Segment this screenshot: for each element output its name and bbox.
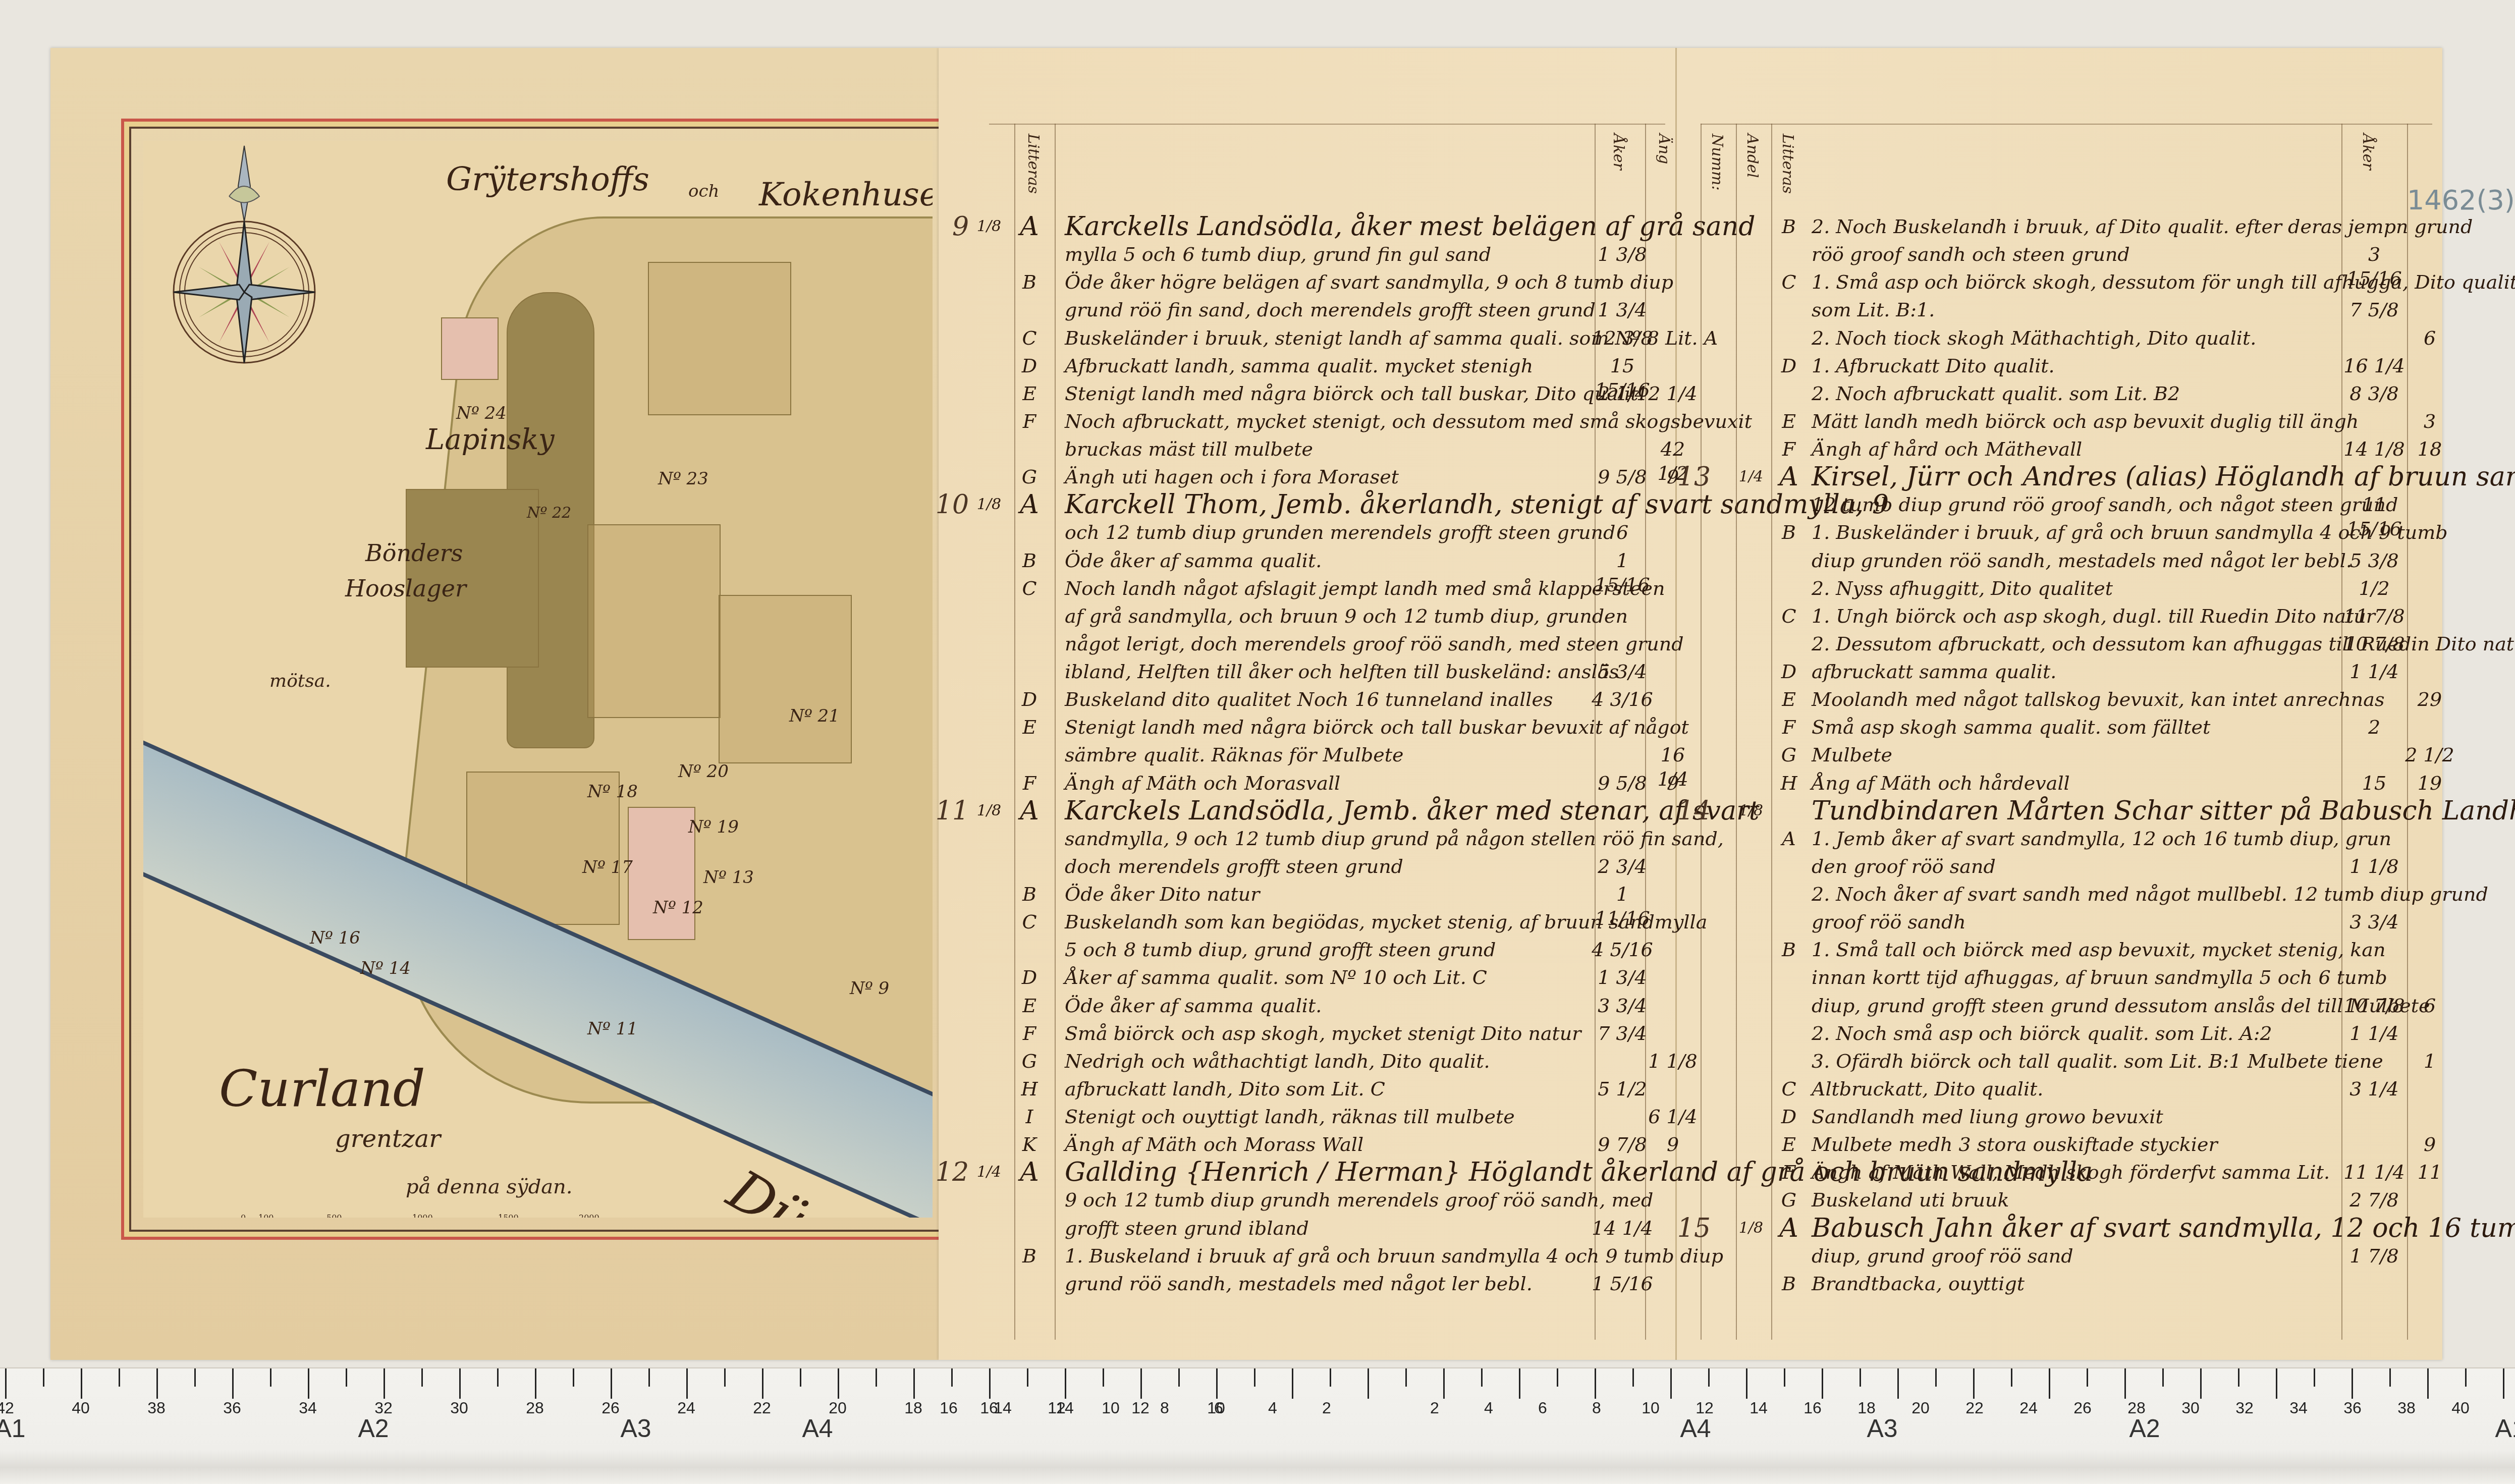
ruler-number: 8	[1160, 1399, 1169, 1417]
description: Noch landh något afslagit jempt landh me…	[1065, 576, 1665, 600]
field-2	[719, 595, 852, 763]
ruler-number: 8	[1592, 1399, 1601, 1417]
description: Brandtbacka, ouyttigt	[1812, 1272, 2025, 1296]
map-area: Grÿtershoffs och Kokenhusens Lapinsky Bö…	[143, 141, 933, 1218]
acre-value: 2 3/4	[1590, 854, 1655, 878]
acre-value: 5 3/8	[2341, 548, 2407, 573]
label-och: och	[688, 181, 719, 201]
description: röö groof sandh och steen grund	[1812, 242, 2130, 266]
ruler-number: 16	[1803, 1399, 1822, 1417]
ruler-number: 34	[2289, 1399, 2308, 1417]
description: Öde åker af samma qualit.	[1065, 548, 1322, 573]
ruler-tick	[1254, 1368, 1255, 1387]
litteras: E	[1014, 715, 1045, 739]
litteras: E	[1774, 1132, 1804, 1157]
acre-value: 10 7/8	[2341, 994, 2407, 1018]
ruler-number: 40	[72, 1399, 90, 1417]
scale-tick: 1500.	[498, 1213, 521, 1218]
ruler-tick	[1519, 1368, 1520, 1399]
ruler-tick	[1746, 1368, 1747, 1399]
litteras: K	[1014, 1132, 1045, 1157]
label-mosta: mötsa.	[269, 671, 331, 691]
description: Åker af samma qualit. som Nº 10 och Lit.…	[1065, 965, 1487, 990]
ruler-tick	[1065, 1368, 1066, 1399]
litteras: F	[1014, 771, 1045, 795]
litteras: D	[1774, 1105, 1804, 1129]
description: något lerigt, doch merendels groof röö s…	[1065, 632, 1684, 656]
acre-value: 4 5/16	[1590, 938, 1655, 962]
litteras: D	[1774, 659, 1804, 684]
acre-value: 1 1/4	[2341, 1021, 2407, 1046]
litteras: C	[1014, 326, 1045, 350]
label-grytershoff: Grÿtershoffs	[446, 161, 649, 198]
ruler-tick	[1405, 1368, 1407, 1387]
description: Ängh af Mäth och Morass Wall	[1065, 1132, 1363, 1157]
map-frame: Grÿtershoffs och Kokenhusens Lapinsky Bö…	[121, 119, 955, 1240]
litteras: G	[1774, 1188, 1804, 1212]
litteras: F	[1774, 715, 1804, 739]
ruler-tick	[648, 1368, 650, 1387]
plot-number: Nº 18	[587, 782, 638, 802]
label-curland: Curland	[219, 1059, 425, 1118]
litteras: B	[1774, 520, 1804, 544]
ruler-number: 10	[1642, 1399, 1660, 1417]
litteras: G	[1014, 465, 1045, 489]
acre-value: 11 7/8	[2341, 604, 2407, 628]
ruler-tick	[611, 1368, 612, 1399]
ruler-tick	[156, 1368, 158, 1399]
ruler-tick	[1784, 1368, 1785, 1387]
ruler-number: 18	[904, 1399, 922, 1417]
ruler-number: 34	[299, 1399, 317, 1417]
ruler-tick	[1368, 1368, 1369, 1399]
ruler-tick	[1027, 1368, 1028, 1387]
ruler-tick	[1595, 1368, 1596, 1399]
ruler-tick	[232, 1368, 234, 1399]
ruler-tick	[2503, 1368, 2504, 1399]
share-fraction: 1/8	[974, 492, 1004, 517]
description: Tundbindaren Mårten Schar sitter på Babu…	[1812, 799, 2515, 823]
description: 12 tumb diup grund röö groof sandh, och …	[1812, 492, 2398, 517]
ruler-tick	[800, 1368, 801, 1387]
entry-number: 14	[1670, 799, 1711, 823]
description: bruckas mäst till mulbete	[1065, 437, 1313, 461]
meadow-value: 6	[2402, 994, 2457, 1018]
description: af grå sandmylla, och bruun 9 och 12 tum…	[1065, 604, 1628, 628]
share-fraction: 1/8	[1736, 1216, 1766, 1240]
acre-value: 16 1/4	[2341, 354, 2407, 378]
column-header: Litteras	[1779, 134, 1796, 194]
ruler-tick	[308, 1368, 309, 1399]
description: Ängh af hård och Mäthevall	[1812, 437, 2082, 461]
litteras: F	[1014, 409, 1045, 433]
ruler-tick	[43, 1368, 44, 1387]
litteras: B	[1774, 938, 1804, 962]
ruler-number: 2	[1322, 1399, 1331, 1417]
litteras: C	[1014, 576, 1045, 600]
field-pink-1	[441, 317, 499, 380]
meadow-value: 29	[2402, 687, 2457, 711]
description: Ängh uti hagen och i fora Moraset	[1065, 465, 1399, 489]
scale-tick: 0	[241, 1213, 246, 1218]
acre-value: 1 1/8	[2341, 854, 2407, 878]
ruler-number: 26	[2073, 1399, 2092, 1417]
description: mylla 5 och 6 tumb diup, grund fin gul s…	[1065, 242, 1491, 266]
meadow-value: 11	[2402, 1160, 2457, 1184]
ruler-tick	[1670, 1368, 1672, 1399]
ruler-tick	[2276, 1368, 2277, 1399]
meadow-value: 2 1/2	[2402, 743, 2457, 767]
compass-rose-icon	[143, 141, 375, 373]
description: sandmylla, 9 och 12 tumb diup grund på n…	[1065, 827, 1724, 851]
description: Buskeland uti bruuk	[1812, 1188, 2009, 1212]
litteras: C	[1774, 1077, 1804, 1101]
ruler-tick	[1557, 1368, 1558, 1387]
ruler-tick	[1708, 1368, 1710, 1387]
ruler-tick	[535, 1368, 536, 1399]
acre-value: 14 1/8	[2341, 437, 2407, 461]
description: diup, grund groof röö sand	[1812, 1244, 2073, 1268]
field-pink-2	[628, 807, 695, 940]
acre-value: 2	[2341, 715, 2407, 739]
litteras: D	[1014, 354, 1045, 378]
meadow-value: 1	[2402, 1049, 2457, 1073]
column-header: Åker	[1610, 134, 1627, 170]
description: Mulbete	[1812, 743, 1892, 767]
acre-value: 11 1/4	[2341, 1160, 2407, 1184]
ruler-number: 38	[147, 1399, 166, 1417]
ruler-number: 12	[1131, 1399, 1150, 1417]
description: den groof röö sand	[1812, 854, 1996, 878]
plot-number: Nº 23	[658, 469, 708, 489]
ruler-number: 6	[1538, 1399, 1547, 1417]
ruler-tick	[270, 1368, 271, 1387]
litteras: H	[1014, 1077, 1045, 1101]
litteras: H	[1774, 771, 1804, 795]
description: Öde åker Dito natur	[1065, 882, 1260, 906]
description: 1. Afbruckatt Dito qualit.	[1812, 354, 2055, 378]
description: doch merendels grofft steen grund	[1065, 854, 1403, 878]
plot-number: Nº 17	[582, 857, 633, 877]
column-header: Numm:	[1708, 134, 1726, 191]
description: ibland, Helften till åker och helften ti…	[1065, 659, 1619, 684]
litteras: E	[1774, 409, 1804, 433]
plot-number: Nº 21	[789, 706, 840, 726]
ruler-number: 28	[526, 1399, 544, 1417]
ruler-tick	[459, 1368, 461, 1399]
acre-value: 3 1/4	[2341, 1077, 2407, 1101]
litteras: A	[1774, 465, 1804, 489]
ruler-number: 30	[2181, 1399, 2200, 1417]
ruler-tick	[686, 1368, 688, 1399]
litteras: B	[1014, 548, 1045, 573]
description: Babusch Jahn åker af svart sandmylla, 12…	[1812, 1216, 2515, 1240]
paper-size-mark: A4	[802, 1414, 833, 1443]
ruler-tick	[5, 1368, 7, 1399]
column-header: Andel	[1743, 134, 1761, 178]
ruler-tick	[1140, 1368, 1142, 1399]
plot-number: Nº 14	[360, 958, 411, 978]
ruler-tick	[1178, 1368, 1180, 1387]
litteras: A	[1014, 1160, 1045, 1184]
plot-number: Nº 16	[310, 928, 360, 948]
field-1	[587, 524, 721, 718]
label-pa-denna-sidan: på denna sÿdan.	[406, 1175, 573, 1198]
description: Karckels Landsödla, Jemb. åker med stena…	[1065, 799, 1760, 823]
acre-value: 6	[1590, 520, 1655, 544]
litteras: I	[1014, 1105, 1045, 1129]
description: 1. Buskeländer i bruuk, af grå och bruun…	[1812, 520, 2448, 544]
paper-size-mark: A1	[0, 1414, 26, 1443]
paper-size-mark: A2	[358, 1414, 389, 1443]
ruler-number: 4	[1484, 1399, 1493, 1417]
ruler-tick	[2200, 1368, 2202, 1399]
paper-size-mark: A4	[1680, 1414, 1711, 1443]
column-header: Litteras	[1024, 134, 1042, 194]
ruler-tick	[2314, 1368, 2315, 1387]
ruler-tick	[573, 1368, 574, 1387]
description: groof röö sandh	[1812, 910, 1966, 934]
description: afbruckatt landh, Dito som Lit. C	[1065, 1077, 1385, 1101]
ruler-tick	[1330, 1368, 1331, 1387]
ruler-tick	[2049, 1368, 2050, 1399]
acre-value: 7 5/8	[2341, 298, 2407, 322]
share-fraction: 1/4	[974, 1160, 1004, 1184]
ruler-tick	[762, 1368, 763, 1399]
description: Buskelandh som kan begiödas, mycket sten…	[1065, 910, 1707, 934]
paper-size-mark: A3	[1867, 1414, 1897, 1443]
paper-size-mark: A3	[620, 1414, 651, 1443]
description: 1. Jemb åker af svart sandmylla, 12 och …	[1812, 827, 2391, 851]
description: Karckells Landsödla, åker mest belägen a…	[1065, 214, 1755, 239]
description: 2. Noch små asp och biörck qualit. som L…	[1812, 1021, 2272, 1046]
ruler-number: 6	[1214, 1399, 1223, 1417]
ruler-tick	[2087, 1368, 2088, 1387]
acre-value: 1 1/4	[2341, 659, 2407, 684]
description: grofft steen grund ibland	[1065, 1216, 1309, 1240]
description: Sandlandh med liung growo bevuxit	[1812, 1105, 2163, 1129]
litteras: E	[1014, 381, 1045, 406]
acre-value: 1 3/4	[1590, 965, 1655, 990]
register-sheet: Litteras Åker Äng 91/8AKarckells Landsöd…	[939, 48, 2442, 1360]
label-bonders: Bönders	[365, 539, 463, 567]
ruler-number: 2	[1430, 1399, 1439, 1417]
ruler-number: 14	[1749, 1399, 1768, 1417]
description: och 12 tumb diup grunden merendels groff…	[1065, 520, 1615, 544]
acre-value: 5 3/4	[1590, 659, 1655, 684]
meadow-value: 3	[2402, 409, 2457, 433]
description: Små asp skogh samma qualit. som fälltet	[1812, 715, 2210, 739]
plot-number: Nº 22	[527, 504, 571, 522]
ruler-tick	[1481, 1368, 1483, 1387]
ruler-number: 38	[2397, 1399, 2416, 1417]
ruler-number: 36	[2343, 1399, 2362, 1417]
description: 1. Små tall och biörck med asp bevuxit, …	[1812, 938, 2386, 962]
litteras: A	[1014, 799, 1045, 823]
plot-number: Nº 24	[456, 403, 507, 423]
ruler-tick	[384, 1368, 385, 1399]
description: 1. Ungh biörck och asp skogh, dugl. till…	[1812, 604, 2375, 628]
meadow-value: 18	[2402, 437, 2457, 461]
litteras: A	[1774, 1216, 1804, 1240]
acre-value: 5 1/2	[1590, 1077, 1655, 1101]
acre-value: 1 7/8	[2341, 1244, 2407, 1268]
meadow-value: 9	[2402, 1132, 2457, 1157]
ruler-number: 26	[602, 1399, 620, 1417]
ruler-tick	[2238, 1368, 2239, 1387]
column-header: Äng	[1655, 134, 1673, 164]
ruler-tick	[724, 1368, 726, 1387]
ruler-tick	[838, 1368, 839, 1399]
litteras: B	[1774, 1272, 1804, 1296]
plot-number: Nº 20	[678, 761, 729, 782]
description: Afbruckatt landh, samma qualit. mycket s…	[1065, 354, 1533, 378]
entry-number: 15	[1670, 1216, 1711, 1240]
litteras: B	[1014, 882, 1045, 906]
acre-value: 7 3/4	[1590, 1021, 1655, 1046]
litteras: F	[1774, 1160, 1804, 1184]
ruler-tick	[1443, 1368, 1445, 1399]
description: Öde åker af samma qualit.	[1065, 994, 1322, 1018]
description: innan kortt tijd afhuggas, af bruun sand…	[1812, 965, 2387, 990]
ruler-tick	[913, 1368, 915, 1399]
acre-value: 4 3/16	[1590, 687, 1655, 711]
description: Buskeland dito qualitet Noch 16 tunnelan…	[1065, 687, 1553, 711]
label-hooslager: Hooslager	[345, 575, 466, 602]
ruler-tick	[1973, 1368, 1975, 1399]
ruler-tick	[1103, 1368, 1104, 1387]
ruler-number: 4	[1268, 1399, 1277, 1417]
litteras: G	[1774, 743, 1804, 767]
ruler-tick	[2352, 1368, 2353, 1399]
acre-value: 1/2	[2341, 576, 2407, 600]
description: Kirsel, Jürr och Andres (alias) Höglandh…	[1812, 465, 2515, 489]
description: 2. Noch åker af svart sandh med något mu…	[1812, 882, 2488, 906]
ruler-number: 20	[1911, 1399, 1930, 1417]
litteras: D	[1014, 965, 1045, 990]
description: Mätt landh medh biörck och asp bevuxit d…	[1812, 409, 2359, 433]
description: 2. Dessutom afbruckatt, och dessutom kan…	[1812, 632, 2515, 656]
litteras: D	[1014, 687, 1045, 711]
litteras: G	[1014, 1049, 1045, 1073]
description: 9 och 12 tumb diup grundh merendels groo…	[1065, 1188, 1653, 1212]
description: diup, grund grofft steen grund dessutom …	[1812, 994, 2430, 1018]
entry-number: 13	[1670, 465, 1711, 489]
ruler-tick	[1897, 1368, 1899, 1399]
acre-value: 1 3/8	[1590, 242, 1655, 266]
description: sämbre qualit. Räknas för Mulbete	[1065, 743, 1404, 767]
description: 5 och 8 tumb diup, grund grofft steen gr…	[1065, 938, 1496, 962]
ruler-number: 22	[753, 1399, 771, 1417]
ruler-tick	[194, 1368, 196, 1387]
ruler-number: 24	[2019, 1399, 2038, 1417]
description: 2. Noch afbruckatt qualit. som Lit. B2	[1812, 381, 2180, 406]
litteras: B	[1014, 270, 1045, 294]
ruler-tick	[1632, 1368, 1634, 1387]
litteras: F	[1014, 1021, 1045, 1046]
ruler-number: 40	[2451, 1399, 2470, 1417]
ruler-tick	[421, 1368, 423, 1387]
acre-value: 14 1/4	[1590, 1216, 1655, 1240]
label-lapinsky: Lapinsky	[426, 423, 555, 456]
description: Moolandh med något tallskog bevuxit, kan…	[1812, 687, 2384, 711]
plot-number: Nº 19	[688, 817, 739, 837]
ruler-tick	[876, 1368, 877, 1387]
plot-number: Nº 11	[587, 1019, 638, 1039]
description: 2. Noch Buskelandh i bruuk, af Dito qual…	[1812, 214, 2473, 239]
ruler-tick	[989, 1368, 991, 1399]
ruler-number: 24	[677, 1399, 695, 1417]
register-page-right: Numm: Andel Litteras Åker 1462(3) B2. No…	[1680, 48, 2442, 1360]
description: 3. Ofärdh biörck och tall qualit. som Li…	[1812, 1049, 2383, 1073]
column-header: Åker	[2359, 134, 2377, 170]
ruler-tick	[1216, 1368, 1218, 1399]
description: 1. Små asp och biörck skogh, dessutom fö…	[1812, 270, 2515, 294]
ruler-tick	[1935, 1368, 1937, 1387]
ruler-tick	[2427, 1368, 2429, 1399]
ruler-number: 22	[1965, 1399, 1984, 1417]
ruler-tick	[2124, 1368, 2126, 1399]
description: Ång af Mäth och hårdevall	[1812, 771, 2070, 795]
ruler-number: 14	[994, 1399, 1012, 1417]
entry-number: 9	[928, 214, 969, 239]
litteras: B	[1774, 214, 1804, 239]
plot-number: Nº 9	[850, 978, 889, 999]
ruler-tick	[2162, 1368, 2164, 1387]
description: Noch afbruckatt, mycket stenigt, och des…	[1065, 409, 1752, 433]
litteras: A	[1774, 827, 1804, 851]
plot-number: Nº 12	[653, 898, 703, 918]
entry-number: 10	[928, 492, 969, 517]
description: grund röö fin sand, doch merendels groff…	[1065, 298, 1596, 322]
plot-number: Nº 13	[703, 867, 754, 888]
description: diup grunden röö sandh, mestadels med nå…	[1812, 548, 2352, 573]
ruler-tick	[346, 1368, 347, 1387]
entry-number: 11	[928, 799, 969, 823]
description: Öde åker högre belägen af svart sandmyll…	[1065, 270, 1673, 294]
ruler-tick	[119, 1368, 120, 1387]
acre-value: 3 3/4	[2341, 910, 2407, 934]
scale-tick: 100.	[258, 1213, 277, 1218]
ruler-number: 16	[940, 1399, 958, 1417]
ruler-number: 10	[1102, 1399, 1120, 1417]
paper-size-mark: A2	[2129, 1414, 2160, 1443]
share-fraction: 1/8	[974, 214, 1004, 239]
ruler-number: 36	[223, 1399, 241, 1417]
acre-value: 12 3/8	[1590, 326, 1655, 350]
register-page-left: Litteras Åker Äng 91/8AKarckells Landsöd…	[939, 48, 1677, 1360]
description: Altbruckatt, Dito qualit.	[1812, 1077, 2043, 1101]
meadow-value: 6	[2402, 326, 2457, 350]
scale-tick: 1000.	[412, 1213, 435, 1218]
litteras: C	[1014, 910, 1045, 934]
share-fraction: 1/8	[974, 799, 1004, 823]
ruler-tick	[1822, 1368, 1823, 1399]
acre-value: 2 7/8	[2341, 1188, 2407, 1212]
litteras: A	[1014, 214, 1045, 239]
label-kokenhusens: Kokenhusens	[759, 176, 933, 213]
description: Stenigt landh med några biörck och tall …	[1065, 715, 1689, 739]
ruler-number: 32	[2235, 1399, 2254, 1417]
description: Nedrigh och wåthachtigt landh, Dito qual…	[1065, 1049, 1490, 1073]
description: 2. Noch tiock skogh Mäthachtigh, Dito qu…	[1812, 326, 2256, 350]
ruler-tick	[1292, 1368, 1293, 1399]
description: Mulbete medh 3 stora ouskiftade styckier	[1812, 1132, 2218, 1157]
acre-value: 3 3/4	[1590, 994, 1655, 1018]
scale-tick: 500.	[326, 1213, 345, 1218]
litteras: B	[1014, 1244, 1045, 1268]
ruler-number: 12	[1048, 1399, 1066, 1417]
